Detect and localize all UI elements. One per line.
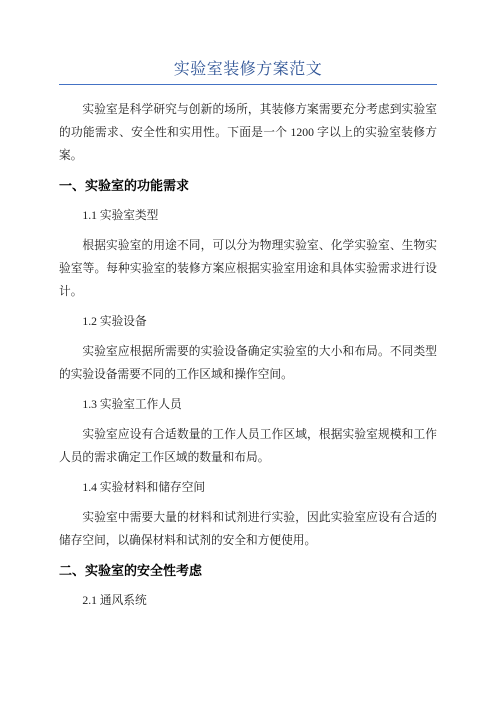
- document-title: 实验室装修方案范文: [59, 58, 437, 82]
- subsection-heading: 2.1 通风系统: [59, 589, 437, 612]
- section-heading: 二、实验室的安全性考虑: [59, 559, 437, 582]
- document-page: 实验室装修方案范文 实验室是科学研究与创新的场所，其装修方案需要充分考虑到实验室…: [0, 0, 496, 702]
- body-paragraph: 实验室应设有合适数量的工作人员工作区域，根据实验室规模和工作人员的需求确定工作区…: [59, 423, 437, 469]
- body-paragraph: 实验室中需要大量的材料和试剂进行实验，因此实验室应设有合适的储存空间，以确保材料…: [59, 506, 437, 552]
- subsection-heading: 1.1 实验室类型: [59, 204, 437, 227]
- subsection-heading: 1.4 实验材料和储存空间: [59, 476, 437, 499]
- body-paragraph: 实验室是科学研究与创新的场所，其装修方案需要充分考虑到实验室的功能需求、安全性和…: [59, 98, 437, 167]
- body-paragraph: 根据实验室的用途不同，可以分为物理实验室、化学实验室、生物实验室等。每种实验室的…: [59, 234, 437, 303]
- title-underline: [59, 84, 437, 85]
- subsection-heading: 1.2 实验设备: [59, 310, 437, 333]
- body-paragraph: 实验室应根据所需要的实验设备确定实验室的大小和布局。不同类型的实验设备需要不同的…: [59, 340, 437, 386]
- document-body: 实验室是科学研究与创新的场所，其装修方案需要充分考虑到实验室的功能需求、安全性和…: [59, 98, 437, 612]
- subsection-heading: 1.3 实验室工作人员: [59, 393, 437, 416]
- section-heading: 一、实验室的功能需求: [59, 174, 437, 197]
